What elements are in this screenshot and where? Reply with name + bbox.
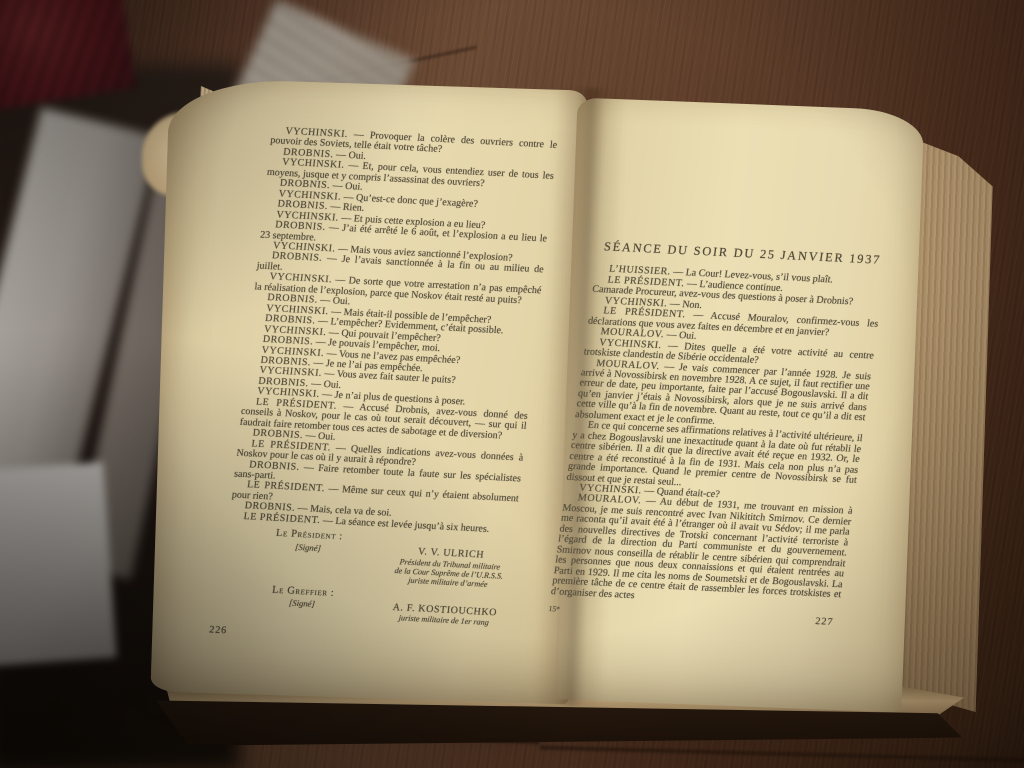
clerk-signature-left: Le Greffier : [Signé] bbox=[219, 583, 385, 622]
photograph-of-open-book: VYCHINSKI. — Provoquer la colère des ouv… bbox=[0, 0, 1024, 768]
right-page-text: SÉANCE DU SOIR DU 25 JANVIER 1937 L’HUIS… bbox=[548, 241, 888, 628]
speaker-name: VYCHINSKI. bbox=[269, 271, 333, 285]
signature-block: Le Président : [Signé] V. V. ULRICH Prés… bbox=[219, 526, 514, 628]
page-number-right: 227 bbox=[815, 617, 834, 628]
clerk-signature-right: A. F. KOSTIOUCHKO juriste militaire de 1… bbox=[382, 591, 508, 628]
right-page-dialogue: L’HUISSIER. — La Cour! Levez-vous, s’il … bbox=[550, 264, 884, 611]
printers-signature-mark: 15* bbox=[548, 604, 561, 615]
speaker-name: DROBNIS. bbox=[249, 459, 301, 473]
speaker-name: LE PRÉSIDENT. bbox=[246, 480, 325, 495]
president-signature-row: Le Président : [Signé] V. V. ULRICH Prés… bbox=[223, 526, 514, 590]
speaker-name: MOURALOV. bbox=[596, 358, 661, 372]
president-signature-left: Le Président : [Signé] bbox=[223, 526, 391, 584]
white-object-corner-blur bbox=[0, 462, 117, 666]
speaker-name: DROBNIS. bbox=[271, 251, 323, 265]
left-page-dialogue: VYCHINSKI. — Provoquer la colère des ouv… bbox=[229, 126, 558, 536]
president-signature-right: V. V. ULRICH Président du Tribunal milit… bbox=[386, 535, 514, 591]
dialogue-paragraph: MOURALOV. — Au début de 1931, me trouvan… bbox=[550, 493, 853, 611]
speaker-name: MOURALOV. bbox=[577, 493, 642, 507]
speaker-name: DROBNIS. bbox=[275, 219, 327, 233]
speaker-name: VYCHINSKI. bbox=[285, 126, 349, 140]
speaker-name: VYCHINSKI. bbox=[282, 157, 346, 171]
left-page-text: VYCHINSKI. — Provoquer la colère des ouv… bbox=[217, 126, 558, 652]
speaker-name: LE PRÉSIDENT. bbox=[603, 306, 687, 321]
clerk-signature-row: Le Greffier : [Signé] A. F. KOSTIOUCHKO … bbox=[219, 583, 508, 629]
speaker-name: VYCHINSKI. bbox=[598, 337, 662, 351]
